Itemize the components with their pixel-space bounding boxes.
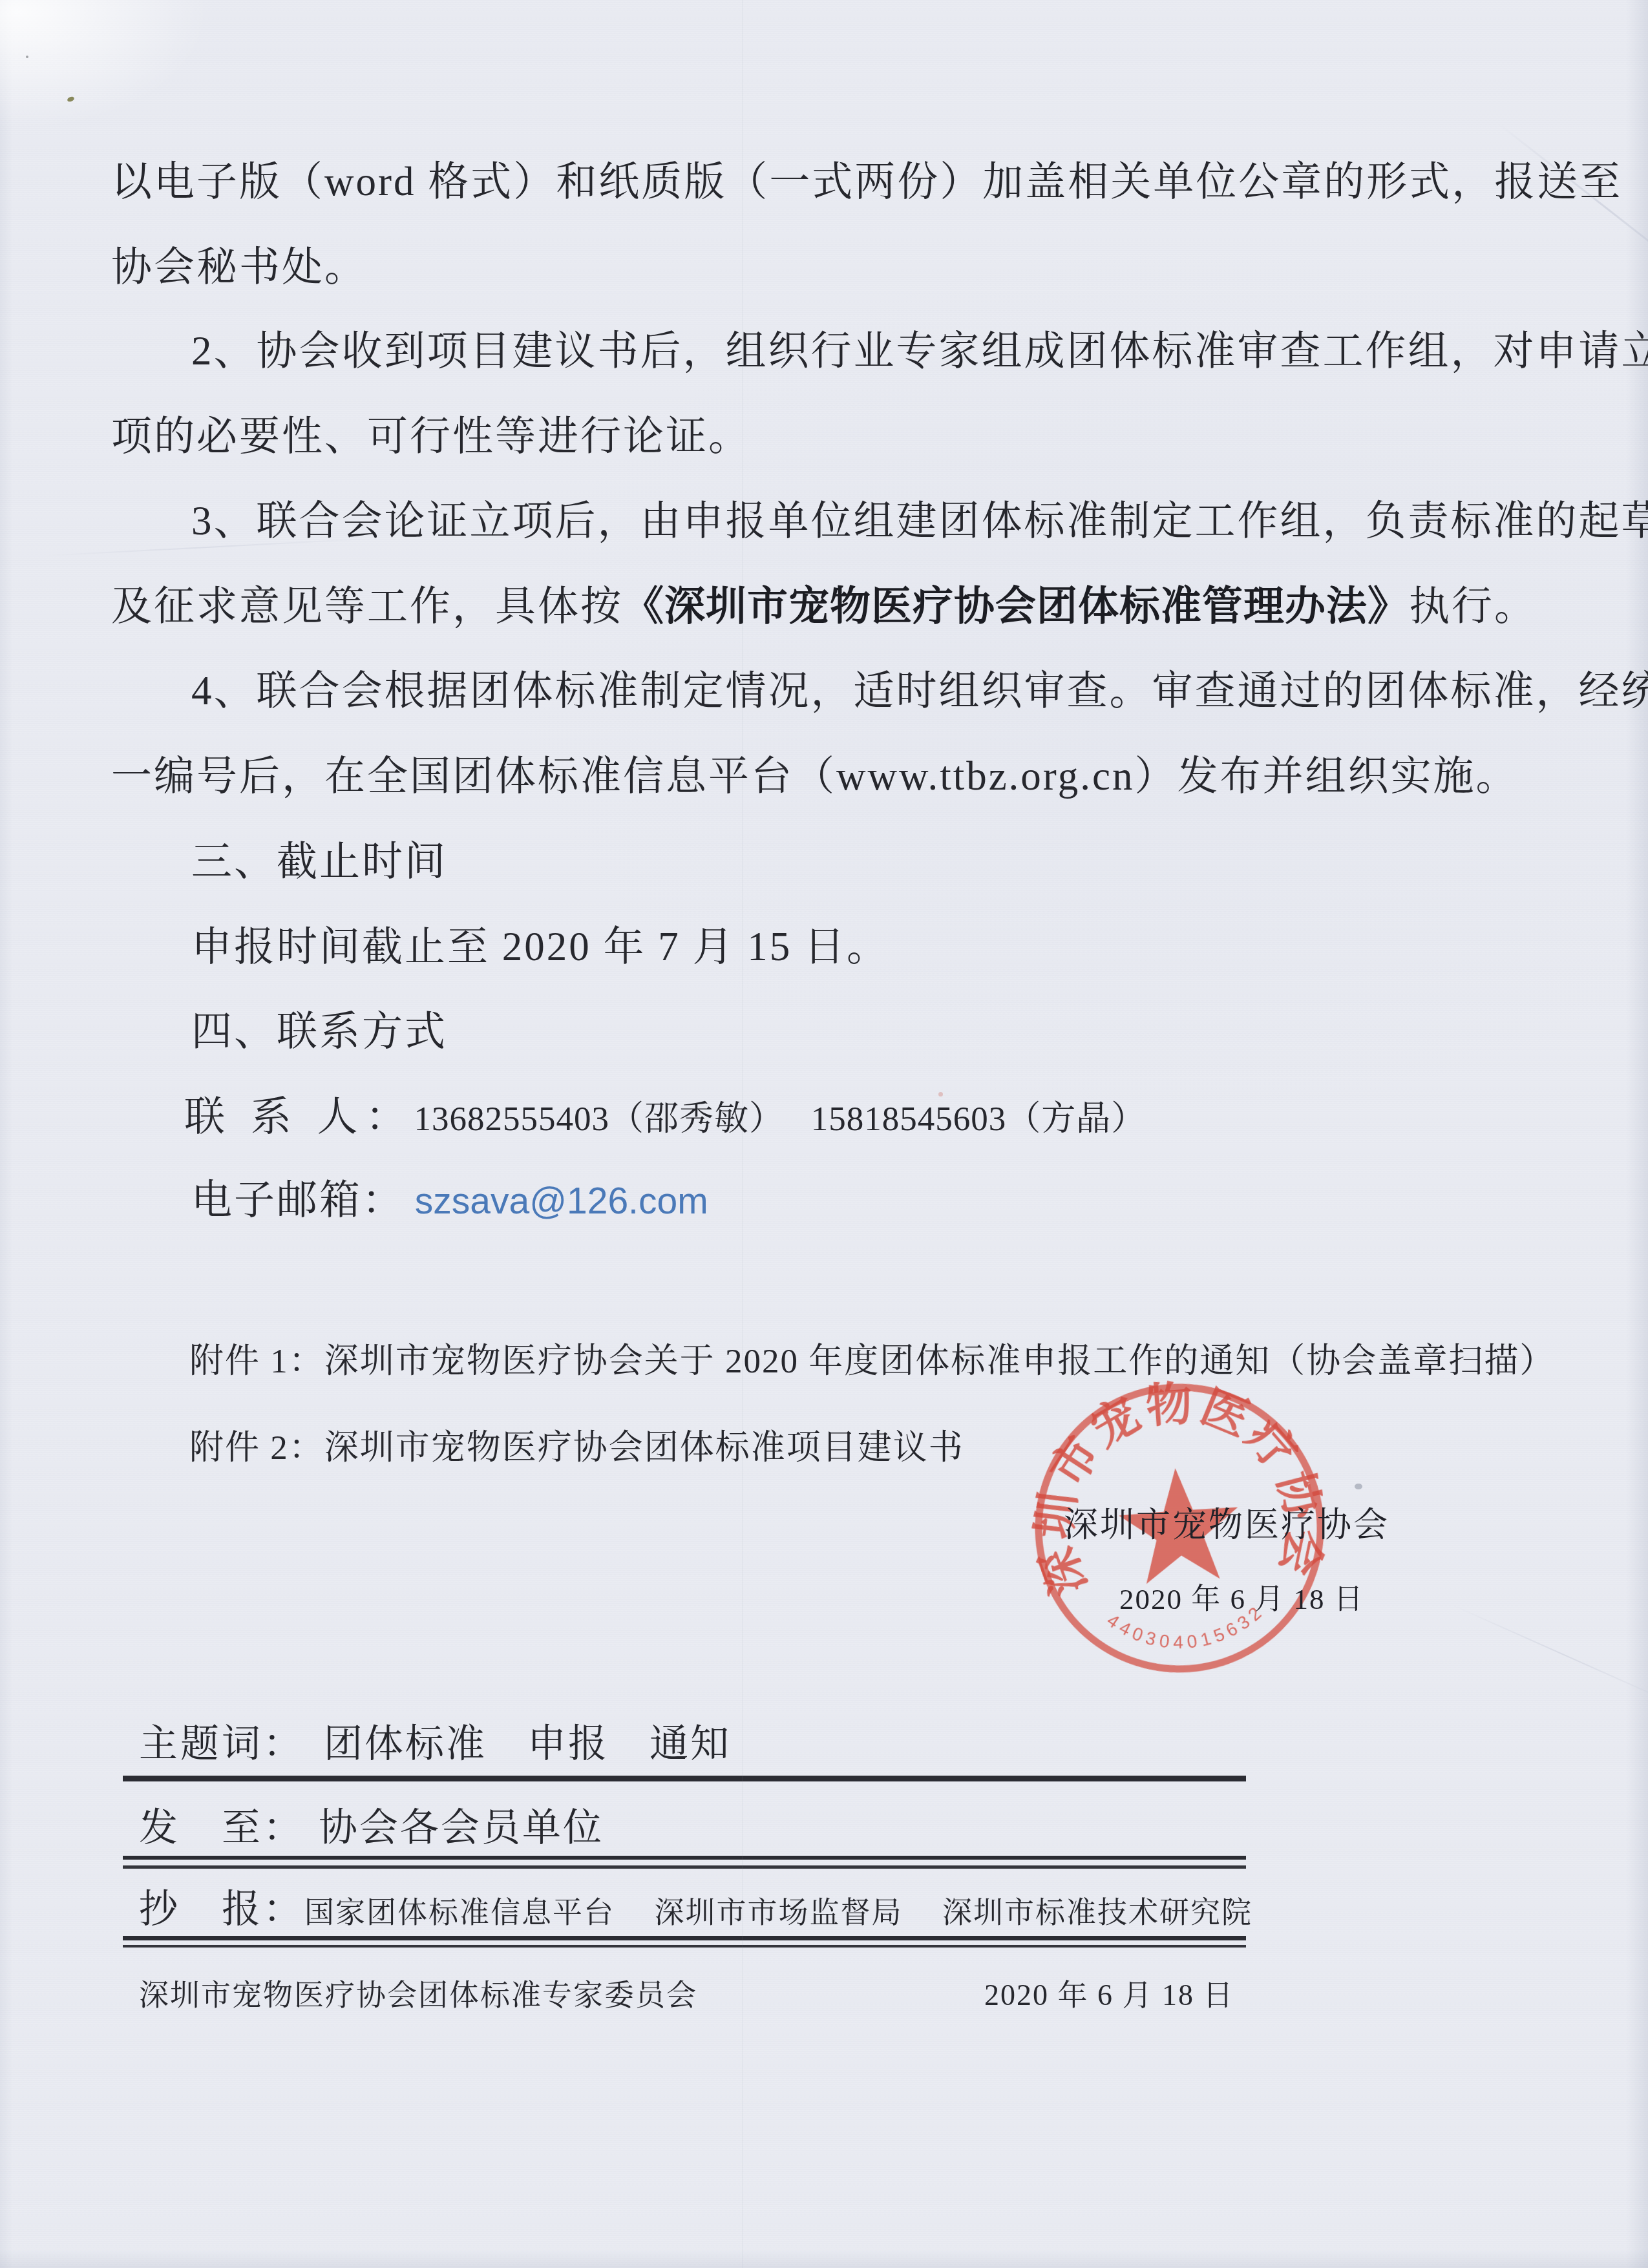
signature-org: 深圳市宠物医疗协会 — [1064, 1507, 1389, 1545]
attachment-2-line: 附件 2：深圳市宠物医疗协会团体标准项目建议书 — [189, 1429, 964, 1467]
email-label: 电子邮箱： — [191, 1177, 405, 1223]
paper-speck — [26, 56, 28, 58]
paper-speck — [1355, 1484, 1362, 1489]
paragraph-3-line-2: 及征求意见等工作，具体按《深圳市宠物医疗协会团体标准管理办法》执行。 — [111, 583, 1537, 629]
cc-value: 国家团体标准信息平台 深圳市市场监督局 深圳市标准技术研究院 — [304, 1896, 1252, 1929]
attachment-1-line: 附件 1：深圳市宠物医疗协会关于 2020 年度团体标准申报工作的通知（协会盖章… — [189, 1343, 1555, 1381]
subject-value: 团体标准 申报 通知 — [324, 1723, 731, 1765]
cc-label: 抄 报： — [139, 1888, 304, 1931]
p3l2-pre: 及征求意见等工作，具体按 — [111, 583, 623, 629]
contact-label: 联 系 人： — [184, 1094, 414, 1139]
paragraph-1-line-1: 以电子版（word 格式）和纸质版（一式两份）加盖相关单位公章的形式，报送至 — [111, 159, 1622, 205]
paragraph-4-line-1: 4、联合会根据团体标准制定情况，适时组织审查。审查通过的团体标准，经统 — [191, 668, 1648, 714]
contact-phones: 13682555403（邵秀敏） 15818545603（方晶） — [414, 1100, 1146, 1138]
p3l2-book-title: 《深圳市宠物医疗协会团体标准管理办法》 — [623, 583, 1409, 629]
cc-row: 抄 报：国家团体标准信息平台 深圳市市场监督局 深圳市标准技术研究院 — [139, 1888, 1252, 1931]
send-to-value: 协会各会员单位 — [319, 1807, 604, 1849]
divider-rule-3 — [123, 1936, 1246, 1948]
paragraph-2-line-1: 2、协会收到项目建议书后，组织行业专家组成团体标准审查工作组，对申请立 — [191, 328, 1648, 374]
footer-date: 2020 年 6 月 18 日 — [984, 1979, 1234, 2012]
signature-date: 2020 年 6 月 18 日 — [1119, 1583, 1364, 1615]
email-line: 电子邮箱： szsava@126.com — [191, 1177, 708, 1223]
paper-speck — [938, 1092, 943, 1097]
contact-line: 联 系 人：13682555403（邵秀敏） 15818545603（方晶） — [184, 1094, 1146, 1140]
deadline-line: 申报时间截止至 2020 年 7 月 15 日。 — [191, 924, 889, 970]
subject-row: 主题词：团体标准 申报 通知 — [139, 1723, 731, 1766]
paragraph-4-line-2: 一编号后，在全国团体标准信息平台（www.ttbz.org.cn）发布并组织实施… — [111, 753, 1518, 799]
paragraph-2-line-2: 项的必要性、可行性等进行论证。 — [111, 414, 751, 459]
send-to-row: 发 至：协会各会员单位 — [139, 1807, 604, 1850]
committee-name: 深圳市宠物医疗协会团体标准专家委员会 — [139, 1979, 697, 2012]
paper-crease — [1452, 1604, 1648, 1705]
p3l2-post: 执行。 — [1409, 583, 1537, 629]
scanned-document-page: 以电子版（word 格式）和纸质版（一式两份）加盖相关单位公章的形式，报送至 协… — [0, 0, 1648, 2268]
paragraph-3-line-1: 3、联合会论证立项后，由申报单位组建团体标准制定工作组，负责标准的起草 — [191, 498, 1648, 544]
section-3-heading: 三、截止时间 — [191, 839, 447, 885]
subject-label: 主题词： — [139, 1723, 304, 1765]
paragraph-1-line-2: 协会秘书处。 — [111, 244, 367, 290]
divider-rule-2 — [123, 1856, 1246, 1869]
send-to-label: 发 至： — [139, 1807, 304, 1849]
section-4-heading: 四、联系方式 — [191, 1009, 447, 1055]
paper-crease — [1496, 121, 1648, 294]
paper-speck — [67, 96, 75, 102]
email-link[interactable]: szsava@126.com — [415, 1181, 708, 1222]
divider-rule-1 — [123, 1776, 1246, 1781]
